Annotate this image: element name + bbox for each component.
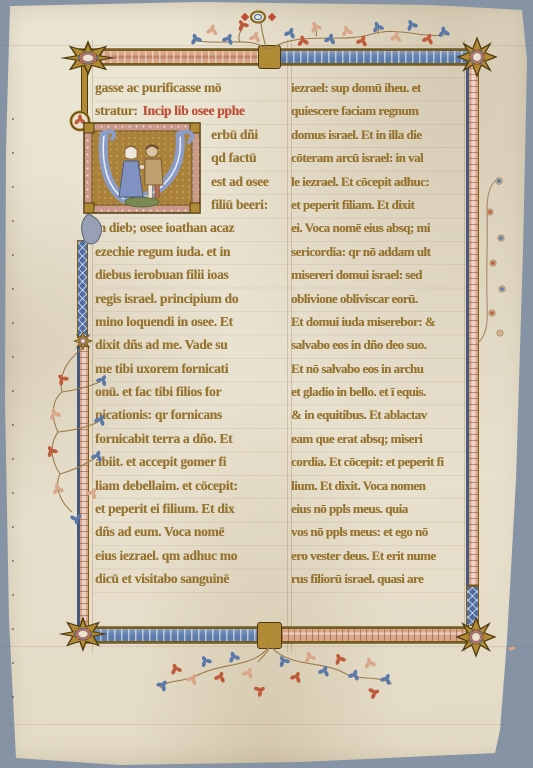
text-line: me tibi uxorem fornicati — [95, 357, 287, 380]
manuscript-photo: gasse ac purificasse mō stratur:Incip li… — [0, 0, 533, 768]
text-line: misereri domui israel: sed — [291, 263, 467, 286]
green-mound — [125, 197, 159, 207]
text-line: ero vester deus. Et erit nume — [291, 544, 467, 567]
text-line: dicū et visitabo sanguinē — [95, 567, 287, 590]
text-line: eius nō ppls meus. quia — [291, 497, 467, 520]
text-line: gasse ac purificasse mō — [95, 76, 287, 99]
text-line: rus filiorū israel. quasi are — [291, 567, 467, 590]
rubric-brown-text: stratur: — [95, 103, 138, 118]
text-line: eius iezrael. qm adhuc mo — [95, 544, 287, 567]
text-line: fornicabit terra a dño. Et — [95, 427, 287, 450]
text-line: salvabo eos in dño deo suo. — [291, 333, 467, 356]
text-line: mino loquendi in osee. Et — [95, 310, 287, 333]
border-center-gold-node-top — [258, 45, 281, 69]
ruling-line-horizontal — [0, 724, 533, 725]
pricking-holes — [12, 118, 14, 730]
bar-segment-salmon — [82, 51, 279, 63]
text-line: Et nō salvabo eos in archu — [291, 357, 467, 380]
text-line: et gladio in bello. et ī equis. — [291, 380, 467, 403]
text-line: ei. Voca nomē eius absq; mi — [291, 216, 467, 239]
text-line: & in equitibus. Et ablactav — [291, 403, 467, 426]
border-center-gold-node-bottom — [257, 622, 282, 649]
bar-segment-blue — [86, 629, 276, 641]
text-line: iezrael: sup domū iheu. et — [291, 76, 467, 99]
text-line: in dieb; osee ioathan acaz — [95, 216, 287, 239]
text-line: sericordia: qr nō addam ult — [291, 240, 467, 263]
text-line: et peperit ei filium. Et dix — [95, 497, 287, 520]
text-line: liam debellaim. et cōcepit: — [95, 474, 287, 497]
text-column-right: iezrael: sup domū iheu. etquiescere faci… — [291, 76, 467, 591]
text-line: nicationis: qr fornicans — [95, 403, 287, 426]
clasped-hands — [139, 164, 144, 169]
illuminated-initial-V — [84, 123, 202, 214]
text-line: vos nō ppls meus: et ego nō — [291, 520, 467, 543]
text-line: Et domui iuda miserebor: & — [291, 310, 467, 333]
text-line: eam que erat absq; miseri — [291, 427, 467, 450]
text-line: quiescere faciam regnum — [291, 99, 467, 122]
border-bar-left-gold-stem — [81, 62, 88, 122]
text-line: onū. et fac tibi filios for — [95, 380, 287, 403]
border-bar-left-blue-segment — [77, 240, 88, 338]
text-line: cōteram arcū israel: in val — [291, 146, 467, 169]
bar-segment-blue — [279, 51, 476, 63]
text-line: abiit. et accepit gomer fi — [95, 450, 287, 473]
text-line: domus israel. Et in illa die — [291, 123, 467, 146]
bar-segment-salmon-meander — [276, 629, 466, 641]
text-line: dixit dñs ad me. Vade su — [95, 333, 287, 356]
ruling-line-vertical — [287, 40, 288, 652]
text-line: diebus ierobuan filii ioas — [95, 263, 287, 286]
border-bar-left-salmon-segment — [77, 346, 89, 629]
rubric-red-text: Incip lib osee pphe — [143, 103, 245, 118]
text-line: oblivione obliviscar eorū. — [291, 287, 467, 310]
text-line: regis israel. principium do — [95, 287, 287, 310]
text-line: et peperit filiam. Et dixit — [291, 193, 467, 216]
text-line: lium. Et dixit. Voca nomen — [291, 474, 467, 497]
text-line: ezechie regum iuda. et in — [95, 240, 287, 263]
border-bar-right-blue-segment — [466, 586, 479, 626]
text-line: cordia. Et cōcepit: et peperit fi — [291, 450, 467, 473]
border-bar-right-salmon-segment — [466, 62, 479, 586]
text-line: le iezrael. Et cōcepit adhuc: — [291, 170, 467, 193]
rubric-line: stratur:Incip lib osee pphe — [95, 99, 287, 122]
text-line: dñs ad eum. Voca nomē — [95, 520, 287, 543]
